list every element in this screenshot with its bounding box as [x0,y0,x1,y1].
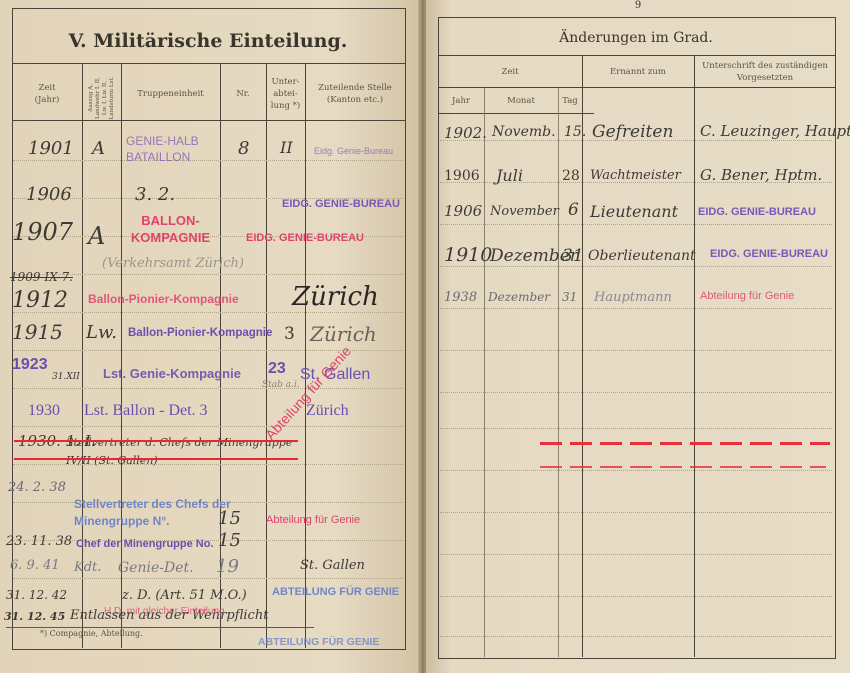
header-sub-rule [438,113,594,114]
col-header-unterabteilung: Unter- abtei- lung *) [266,76,305,112]
row-zeit: 1907 [12,218,73,246]
closing-red-line [540,442,830,445]
col-header-ernannt: Ernannt zum [582,66,694,78]
col-divider [582,56,583,657]
row-stelle-stamp: Eidg. Genie-Bureau [314,146,393,156]
right-page-title: Änderungen im Grad. [438,30,834,46]
row-einheit-stamp: Lst. Genie-Kompagnie [103,366,241,381]
row-zeit: 6. 9. 41 [10,558,60,573]
grad-row-grad: Oberlieutenant [588,248,696,264]
row-zeit: 31. 12. 42 [6,588,67,602]
strike-line [14,458,298,460]
header-bottom-rule [12,120,405,121]
grad-row-unterschrift: C. Leuzinger, Hauptm. [700,122,850,140]
left-page-title: V. Militärische Einteilung. [12,30,404,52]
row-guide [440,636,832,637]
col-header-tag: Tag [558,95,582,107]
row-stelle: Zürich [310,322,377,346]
row-einheit-stamp: GENIE-HALB BATAILLON [126,133,216,165]
grad-row-jahr: 1938 [444,290,477,305]
row-einheit: z. D. (Art. 51 M.O.) [122,588,247,603]
col-header-unterschrift: Unterschrift des zuständigen Vorgesetzte… [696,60,834,84]
row-unter: II [280,138,293,157]
row-einheit-stamp: Lst. Ballon - Det. 3 [84,402,208,420]
row-guide [440,554,832,555]
grad-row-jahr: 1906 [444,202,482,220]
col-header-klasse: Auszug A, Landwehr I, II, Lw. I, Lw. II,… [88,72,116,124]
grad-row-unterschrift-stamp: Abteilung für Genie [700,290,794,302]
header-top-rule [438,55,835,56]
grad-row-jahr: 1910 [444,244,492,266]
row-stelle: St. Gallen [300,558,365,573]
row-stelle-stamp: EIDG. GENIE-BUREAU [282,198,400,210]
row-einheit: 3. 2. [135,184,175,205]
row-guide [440,266,832,267]
row-guide [13,388,403,389]
col-header-monat: Monat [484,95,558,107]
row-stelle-stamp: Abteilung für Genie [266,514,360,526]
row-stelle-stamp: ABTEILUNG FÜR GENIE [272,586,399,598]
row-hd-stamp: H.D. mit gleicher Einteilung [104,606,225,617]
row-nr: 19 [216,556,239,577]
col-divider-thin [484,88,485,657]
row-guide [440,512,832,513]
row-zeit-stamp: 1930 [28,402,60,420]
row-guide [13,578,403,579]
row-klasse: A [92,138,105,159]
grad-row-unterschrift: G. Bener, Hptm. [700,166,822,184]
row-zeit-sub: 31.XII [52,372,80,382]
row-zeit: 1912 [12,288,68,313]
row-zeit: 1915 [12,320,63,344]
row-guide [440,350,832,351]
page-number: 9 [426,0,850,11]
row-stelle-stamp: EIDG. GENIE-BUREAU [246,232,364,244]
row-stelle-stamp: Zürich [306,402,349,420]
row-stelle: Zürich [292,282,379,312]
row-klasse: Lw. [86,322,117,343]
col-header-nr: Nr. [220,88,266,100]
grad-row-tag: 28 [562,168,580,184]
strike-line [14,440,298,442]
row-einheit-stamp: Ballon-Pionier-Kompagnie [128,327,272,339]
row-zeit: 24. 2. 38 [8,480,66,495]
grad-row-monat: Dezember [488,290,550,304]
grad-row-tag: 15. [564,124,586,140]
row-einheit: Genie-Det. [118,560,194,576]
row-guide [440,224,832,225]
row-zeit: 1906 [26,184,72,205]
row-nr: 3 [284,324,295,344]
col-header-zuteilende-stelle: Zuteilende Stelle (Kanton etc.) [305,82,405,106]
row-note: (Verkehrsamt Zürich) [102,256,244,271]
row-zeit: 23. 11. 38 [6,534,72,549]
row-klasse: A [88,222,105,250]
row-einheit-stamp: BALLON- KOMPAGNIE [128,212,213,246]
grad-row-monat: November [490,204,559,219]
row-zeit: 31. 12. 45 [4,610,65,623]
col-header-zeit: Zeit (Jahr) [12,82,82,106]
row-einheit-stamp: Ballon-Pionier-Kompagnie [88,292,239,306]
col-divider-thin [558,88,559,657]
col-header-zeit: Zeit [438,66,582,78]
row-klasse: Kdt. [74,560,101,575]
row-stelle-stamp: ABTEILUNG FÜR GENIE [258,636,379,648]
col-header-jahr: Jahr [438,95,484,107]
grad-row-jahr: 1902. [444,124,487,142]
grad-row-grad: Wachtmeister [590,168,681,183]
row-nr-note: Stab a.i. [262,380,300,390]
header-top-rule [12,63,405,64]
row-guide [440,596,832,597]
row-nr: 8 [238,138,249,159]
grad-row-grad: Lieutenant [590,202,678,221]
grad-row-grad: Gefreiten [592,122,673,142]
row-nr-stamp: 23 [268,360,286,378]
grad-row-tag: 31 [562,290,577,304]
grad-row-tag: 6 [568,200,579,220]
row-guide [13,426,403,427]
row-guide [440,470,832,471]
grad-row-unterschrift-stamp: EIDG. GENIE-BUREAU [698,206,816,218]
grad-row-tag: 31 [562,246,584,266]
row-guide [440,308,832,309]
grad-row-monat: Novemb. [492,124,556,140]
grad-row-unterschrift-stamp: EIDG. GENIE-BUREAU [710,248,828,260]
grad-row-monat: Juli [496,166,523,185]
row-zeit-struck: 1909 IX 7. [10,270,73,284]
row-nr: 15 [218,530,241,551]
grad-row-grad: Hauptmann [594,290,672,305]
row-guide [440,392,832,393]
row-guide [440,428,832,429]
header-mid-rule [438,87,835,88]
col-header-truppeneinheit: Truppeneinheit [121,88,220,100]
row-zeit: 1901 [28,138,74,159]
row-guide [13,312,403,313]
col-divider [694,56,695,657]
closing-red-line [540,466,826,468]
footnote: *) Compagnie, Abteilung. [40,628,143,640]
col-divider [266,64,267,648]
row-nr: 15 [218,508,241,529]
grad-row-jahr: 1906 [444,168,480,184]
row-einheit-stamp: Chef der Minengruppe No. [76,538,214,550]
row-zeit-stamp: 1923 [12,356,48,374]
